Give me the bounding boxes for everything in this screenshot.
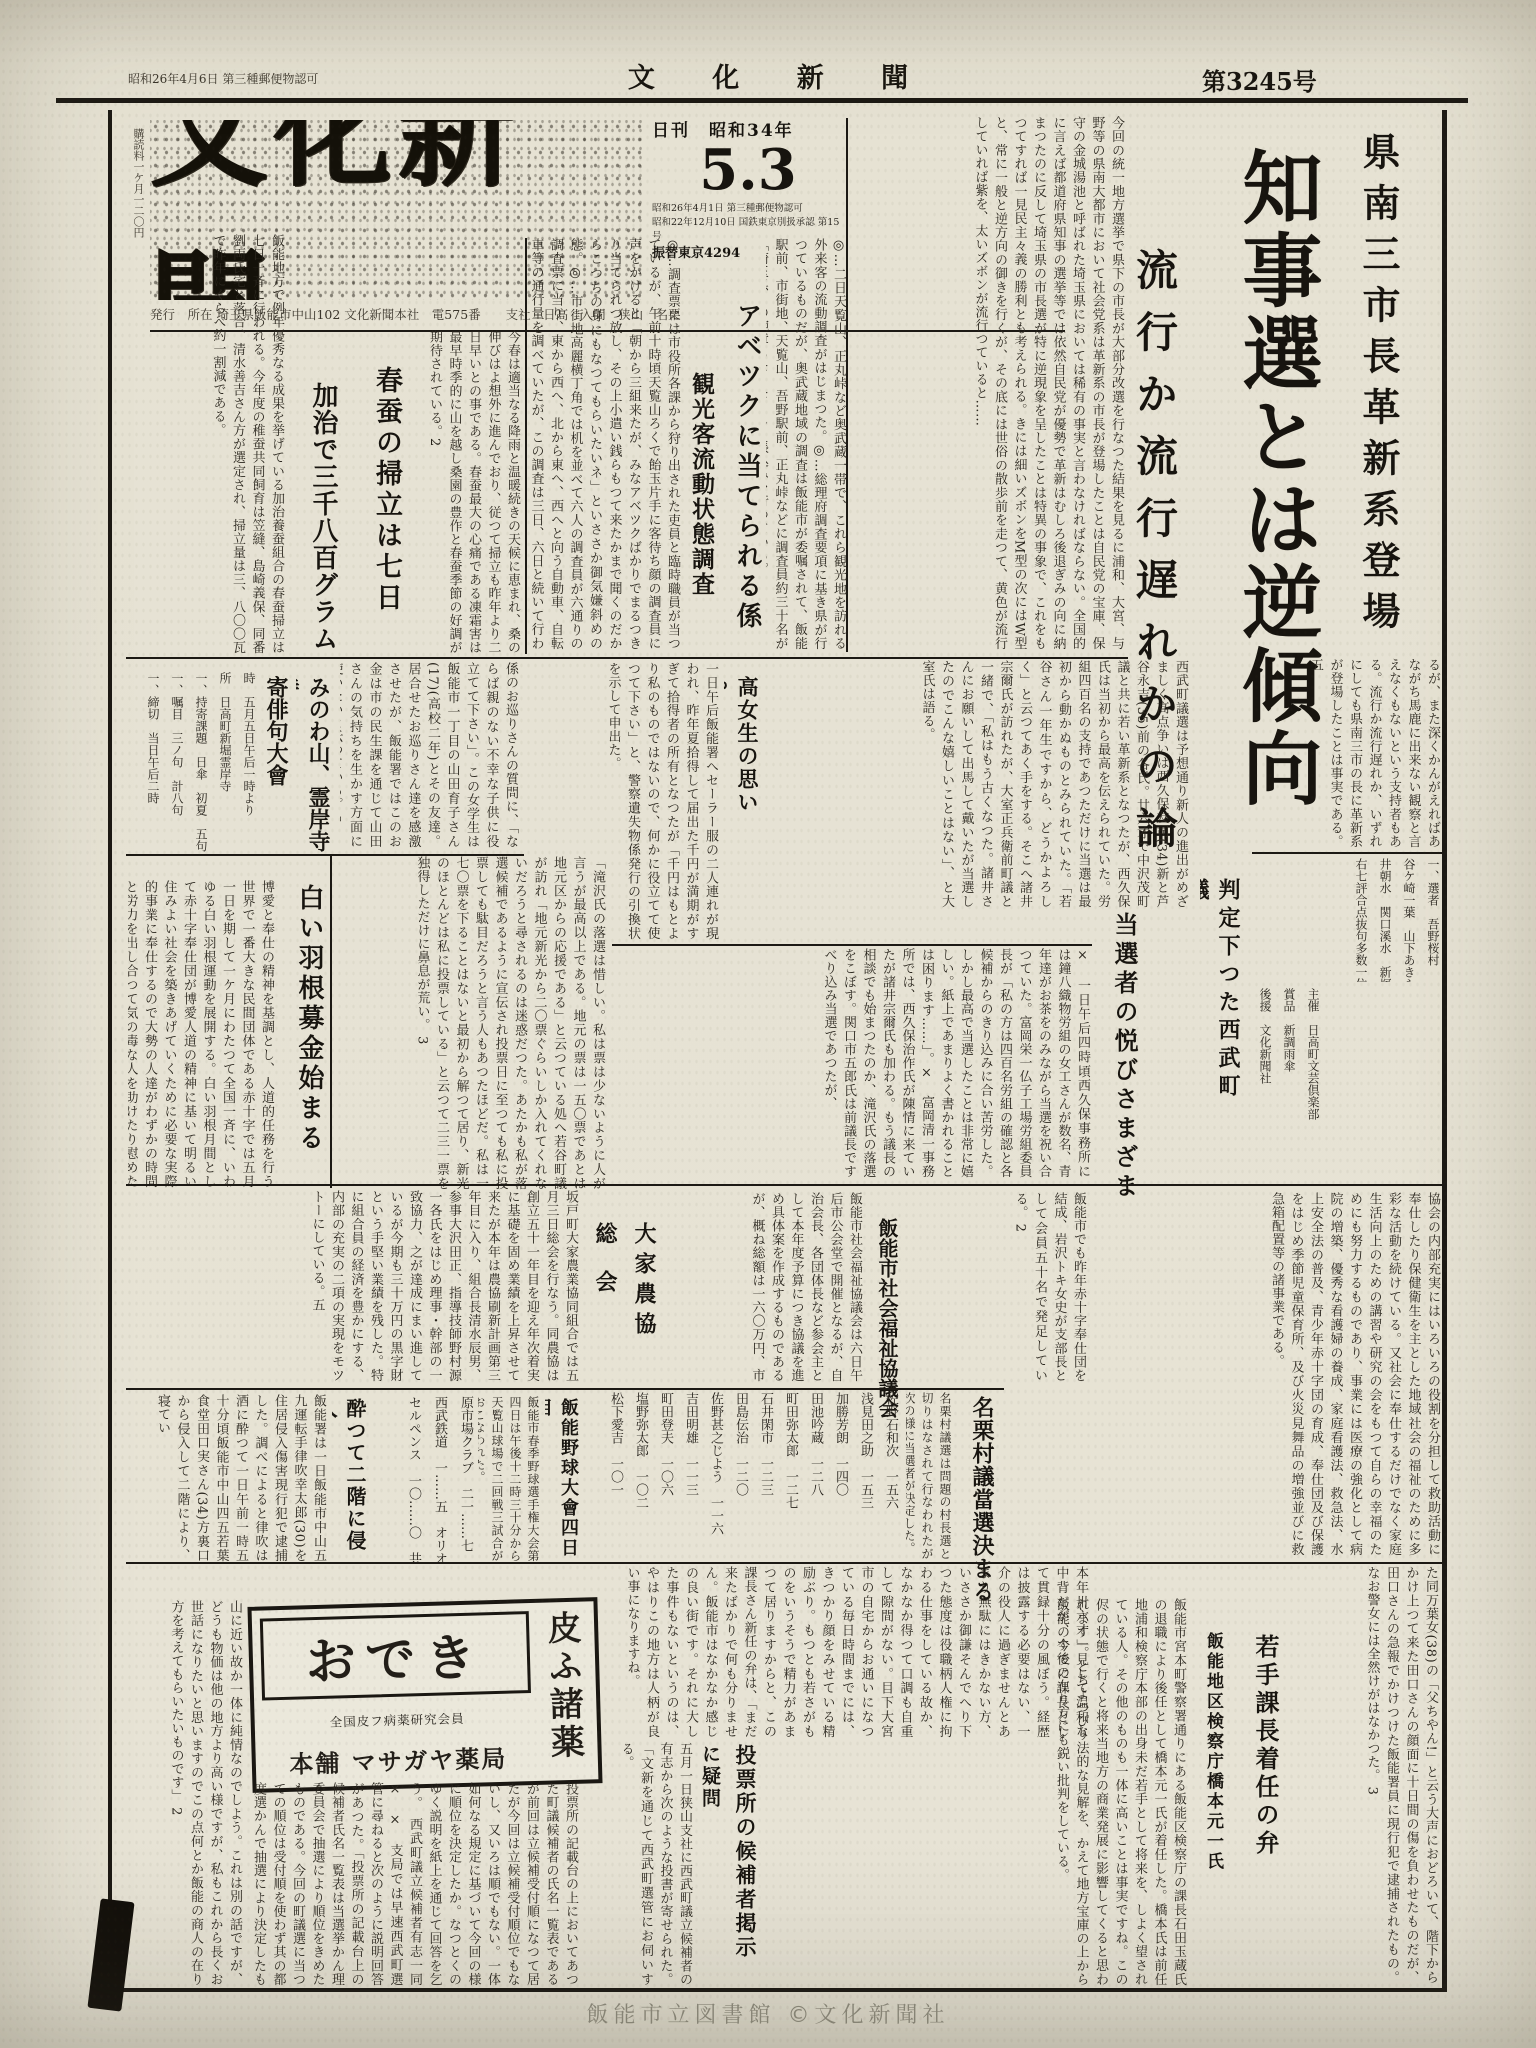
minowa-detail-line: 一、持寄課題 日傘 初夏 五句 bbox=[193, 672, 210, 852]
minowa-headline: みのわ山、霊岸寺持 bbox=[296, 676, 334, 854]
wakate-body-3: 山に近い故か一体に純情なのでしよう。これは別の話ですが、どうも物価は他の地方より… bbox=[128, 1600, 244, 1986]
ooya-headline-block: 大家農協 総会 bbox=[588, 1222, 660, 1374]
yakyu-intro: 飯能市春季野球選手権大会第四日は午後十二時三十分から天覧山球場で二回戦三試合がお… bbox=[478, 1396, 542, 1562]
date-reg1: 昭和26年4月1日 第三種郵便物認可 bbox=[652, 200, 844, 214]
tohyo-body-1: 五月一日狭山支社に西武町議立候補者の有志から次のような投書が寄せられた。「文新を… bbox=[592, 1742, 694, 1986]
top-paper-title: 文 化 新 聞 bbox=[560, 56, 1000, 95]
tohyo-subhead: に疑問 bbox=[698, 1744, 724, 1850]
apek-subhead: 観光客流動状態調査 bbox=[684, 372, 718, 654]
redcross-body-2: 協会の内部充実にはいろいろの役割を分担して救助活動に奉仕したり保健衛生を主とした… bbox=[1094, 1192, 1442, 1556]
naguri-result-entry: 佐野甚之じよう 一一六 bbox=[706, 1392, 725, 1560]
divider bbox=[126, 1184, 1444, 1186]
ad-category: 皮ふ諸薬 bbox=[537, 1609, 591, 1772]
naguri-result-entry: 浅見田之助 一五三 bbox=[856, 1392, 875, 1560]
divider bbox=[126, 1562, 1444, 1564]
naguri-result-entry: 松下愛吉 一〇一 bbox=[606, 1392, 625, 1560]
frame-bottom bbox=[108, 1988, 1447, 1992]
minowa-detail-line: 所 日高町新堀霊岸寺 bbox=[217, 672, 234, 852]
ad-product-name: おでき bbox=[260, 1611, 531, 1700]
newspaper-page: 昭和26年4月6日 第三種郵便物認可 文 化 新 聞 第3245号 購読料一ケ月… bbox=[0, 0, 1536, 2048]
haiku-line: 一、選者 吾野桜村 bbox=[1425, 858, 1442, 982]
lead-body-continued: るが、また深くかんがえればあながち馬鹿に出来ない観察と言えなくもないという支持者… bbox=[1252, 658, 1442, 848]
haiku-org-line: 後援 文化新聞社 bbox=[1257, 988, 1274, 1138]
spring-body-2: 今春は適当なる降雨と温暖続きの天候に恵まれ、桑の伸びはよ想外に進んでおり、従つて… bbox=[410, 330, 522, 654]
divider bbox=[126, 1388, 1004, 1390]
wakate-subhead: 飯能地区検察庁橋本元一氏 bbox=[1194, 1632, 1226, 1940]
tousen-body-3: 「滝沢氏の落選は惜しい。私は票は少ないように人が言うが最高以上である。地元の票は… bbox=[333, 856, 607, 1190]
shiraha-headline: 白い羽根募金始まる bbox=[282, 884, 328, 1178]
divider bbox=[126, 657, 1128, 659]
haiku-line: 井朝水 関口溪水 新塚勇子 bbox=[1377, 858, 1394, 982]
top-issue-number: 第3245号 bbox=[1202, 62, 1422, 97]
ooya-headline: 大家農協 bbox=[629, 1222, 660, 1374]
yakyu-score-line: 西武鉄道 一……五 オリオンズ bbox=[430, 1396, 449, 1562]
lead-body: 今回の統一地方選挙で県下の市長が大部分改選を行なつた結果を見るに浦和、大宮、与野… bbox=[850, 116, 1126, 650]
haiku-org-line: 主催 日高町文芸倶楽部 bbox=[1305, 988, 1322, 1138]
apek-body-1: ◎…二日天覧山、正丸峠など奥武蔵一帯で、これら観光地を訪れる外来客の流動調査がは… bbox=[766, 238, 848, 650]
yakyu-score-line: 原市場クラブ 二一……七 ヤンクス bbox=[456, 1396, 475, 1562]
haiku-org-line: 賞品 新調雨傘 bbox=[1281, 988, 1298, 1138]
lead-kicker: 県南三市長革新系登場 bbox=[1350, 132, 1406, 660]
haiku-organizers: 主催 日高町文芸倶楽部賞品 新調雨傘後援 文化新聞社3 bbox=[1256, 988, 1322, 1138]
tousen-headline: 当選者の悦びさまざま bbox=[1098, 912, 1142, 1212]
haiku-line: 谷ケ崎一葉 山下あきら 旦 bbox=[1401, 858, 1418, 982]
naguri-result-entry: 加勝芳朗 一四〇 bbox=[831, 1392, 850, 1560]
tousen-kicker: 判定下つた西武町議 bbox=[1200, 878, 1244, 1110]
medicine-ad: 皮ふ諸薬 おでき 全国皮フ病薬研究会員 本舗 マサガヤ薬局 bbox=[247, 1597, 602, 1793]
frame-left bbox=[108, 110, 112, 1992]
haiku-results: 一、選者 吾野桜村谷ケ崎一葉 山下あきら 旦井朝水 関口溪水 新塚勇子右七評合点… bbox=[1322, 858, 1442, 982]
naguri-result-entry: 町田弥太郎 一二七 bbox=[781, 1392, 800, 1560]
top-rule bbox=[56, 98, 1468, 103]
shiraha-body: 博愛と奉仕の精神を基調とし、人道的任務を行う世界で一番大きな民間団体である赤十字… bbox=[128, 880, 276, 1188]
apek-body-2: ◎…調査票には市役所各課から狩り出された吏員と臨時職員が当つているが、午前十時頃… bbox=[530, 238, 682, 650]
spring-subhead: 加治で三千八百グラム bbox=[290, 382, 342, 654]
wakate-kicker: 若手課長着任の弁 bbox=[1243, 1634, 1283, 1868]
top-registration-note: 昭和26年4月6日 第三種郵便物認可 bbox=[128, 70, 548, 87]
spring-headline: 春蚕の掃立は七日 bbox=[360, 366, 406, 630]
date-value: 5.3 bbox=[652, 141, 844, 200]
divider bbox=[1252, 852, 1442, 854]
fukushi-body: 飯能市社会福祉協議会は六日午后市公会堂で開催となるが、自治会長、各団体長など参会… bbox=[748, 1192, 864, 1382]
ooya-body: 坂戸町大家農業協同組合では五月三日総会を行なう。同農協は創立五十一年目を迎え年次… bbox=[128, 1190, 580, 1382]
minowa-detail-line: 一、嘱目 三ノ句 計八句 bbox=[169, 672, 186, 852]
tohyo-body-2: 投票所の記載台の上においてあつた町議候補者の氏名一覧表であるが前回は立候補受付順… bbox=[252, 1782, 580, 1986]
kojo-headline: 高女生の思いやり bbox=[724, 676, 762, 834]
yakyu-scores: 原市場クラブ 二一……七 ヤンクス西武鉄道 一……五 オリオンズセルペンス 一〇… bbox=[395, 1396, 475, 1562]
naguri-result-entry: 石井閑市 一二三 bbox=[756, 1392, 775, 1560]
tousen-body-1: 西武町議選は予想通り新人の進出がめざましく高点争いは西久保友司(34)新と芦谷永… bbox=[770, 660, 1190, 908]
library-credit: 飯能市立図書館 ©文化新聞社 bbox=[0, 1998, 1536, 2029]
divider bbox=[525, 238, 527, 654]
yotte-body-1: 飯能署は一日飯能市中山五九運転手律吹幸太郎(30)を住居侵入傷害現行犯で逮捕した… bbox=[128, 1394, 328, 1562]
divider bbox=[612, 944, 1092, 946]
ooya-subhead: 総会 bbox=[590, 1222, 621, 1374]
wakate-body-2: 本年卅六才一見して温和な中背だが、すでに課長として貫録十分の風ぼう。経歴は披露す… bbox=[590, 1566, 1090, 1738]
haiku-line: 右七評合点抜句多数一位の千迄大美景 bbox=[1353, 858, 1370, 982]
apek-headline: アベツクに当てられる係員 bbox=[726, 302, 766, 650]
yotte-body-2: た同万葉女(38)の「父ちやん!」と云う大声におどろいて、階下からかけ上つて来た… bbox=[1302, 1566, 1440, 1984]
frame-right bbox=[1442, 110, 1447, 1992]
naguri-result-entry: 塩野弥太郎 一〇二 bbox=[631, 1392, 650, 1560]
minowa-details: 時 五月五日午后一時より所 日高町新堀霊岸寺一、持寄課題 日傘 初夏 五句一、嘱… bbox=[130, 672, 258, 852]
spring-body-1: 飯能地方で例年優秀なる成果を挙げている加治養蚕組合の春蚕掃立は七日一斉に行われる… bbox=[126, 234, 286, 654]
naguri-result-entry: 吉田明雄 一一三 bbox=[681, 1392, 700, 1560]
kojo-body-1: 一日午后飯能署へセーラー服の二人連れが現われ、昨年夏拾得して届出た千円が満期がす… bbox=[600, 662, 720, 940]
yakyu-headline: 飯能野球大會四日目 bbox=[545, 1398, 581, 1562]
ad-shop-name: 本舗 マサガヤ薬局 bbox=[263, 1738, 533, 1780]
kojo-body-2: 係のお巡りさんの質問に、「ならば親のない不幸な子供に役立てて下さい」。この女学生… bbox=[340, 662, 520, 848]
naguri-result-entry: 町田登夫 一〇六 bbox=[656, 1392, 675, 1560]
yotte-headline: 酔つて二階に侵入 bbox=[332, 1398, 370, 1562]
naguri-results-list: 佐野石和次 一五六浅見田之助 一五三加勝芳朗 一四〇田池吟蔵 一二八町田弥太郎 … bbox=[600, 1392, 900, 1560]
divider bbox=[330, 856, 332, 1188]
redcross-body-1: 飯能市でも昨年赤十字奉仕団を結成、岩沢トキ女史が支部長として会員五十名で発足して… bbox=[904, 1192, 1088, 1382]
tousen-body-2: × 一日午后四時頃西久保事務所には鐘八織物労組の女工さんが数名、青年達がお茶をの… bbox=[612, 948, 1092, 1178]
minowa-subhead: 寄俳句大會 bbox=[260, 676, 292, 818]
naguri-result-entry: 田池吟蔵 一二八 bbox=[806, 1392, 825, 1560]
yakyu-score-line: セルペンス 一〇……〇 共和製作所 bbox=[404, 1396, 423, 1562]
wakate-body-1: 飯能市宮本町警察署通りにある飯能区検察庁の課長石田玉蔵氏の退職により後任として橋… bbox=[1046, 1598, 1188, 1986]
naguri-intro: 名栗村議選は問題の村長選と切りはなされて行なわれたが次の様に当選者が決定した。 bbox=[906, 1392, 954, 1560]
naguri-result-entry: 田島伝治 一二〇 bbox=[731, 1392, 750, 1560]
naguri-result-entry: 佐野石和次 一五六 bbox=[881, 1392, 900, 1560]
minowa-detail-line: 一、締切 当日午后二時 bbox=[145, 672, 162, 852]
ad-member-note: 全国皮フ病薬研究会員 bbox=[262, 1707, 531, 1733]
tohyo-headline: 投票所の候補者掲示 bbox=[724, 1744, 760, 1992]
minowa-detail-line: 時 五月五日午后一時より bbox=[241, 672, 258, 852]
